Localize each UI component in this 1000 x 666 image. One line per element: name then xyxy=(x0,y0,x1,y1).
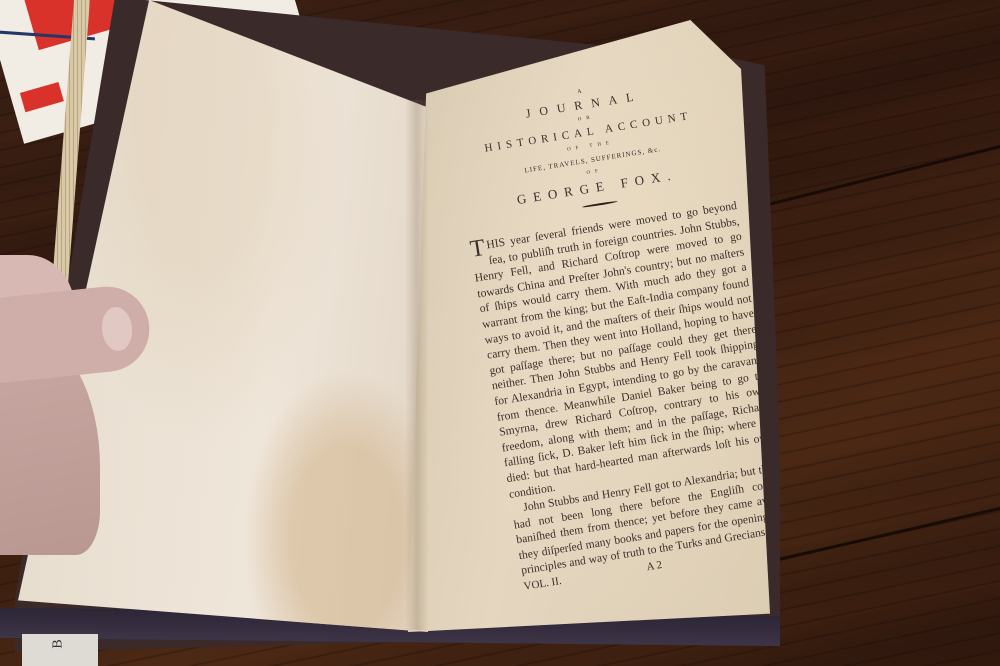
background-label: B xyxy=(22,634,98,666)
ornamental-rule xyxy=(582,200,618,208)
body-text: THIS year ſeveral friends were moved to … xyxy=(469,198,792,595)
background-label-text: B xyxy=(51,639,67,648)
book-gutter xyxy=(405,100,429,630)
drop-cap: T xyxy=(469,238,487,260)
table-plank-seam xyxy=(760,142,1000,208)
photo-scene: A JOURNAL OR HISTORICAL ACCOUNT OF THE L… xyxy=(0,0,1000,666)
paragraph-1-text: HIS year ſeveral friends were moved to g… xyxy=(474,199,774,501)
paragraph-1: THIS year ſeveral friends were moved to … xyxy=(469,198,777,502)
box-red-graphic xyxy=(20,82,64,112)
hand xyxy=(0,255,150,545)
table-plank-seam xyxy=(770,502,1000,563)
signature-mark: A 2 xyxy=(646,558,664,576)
